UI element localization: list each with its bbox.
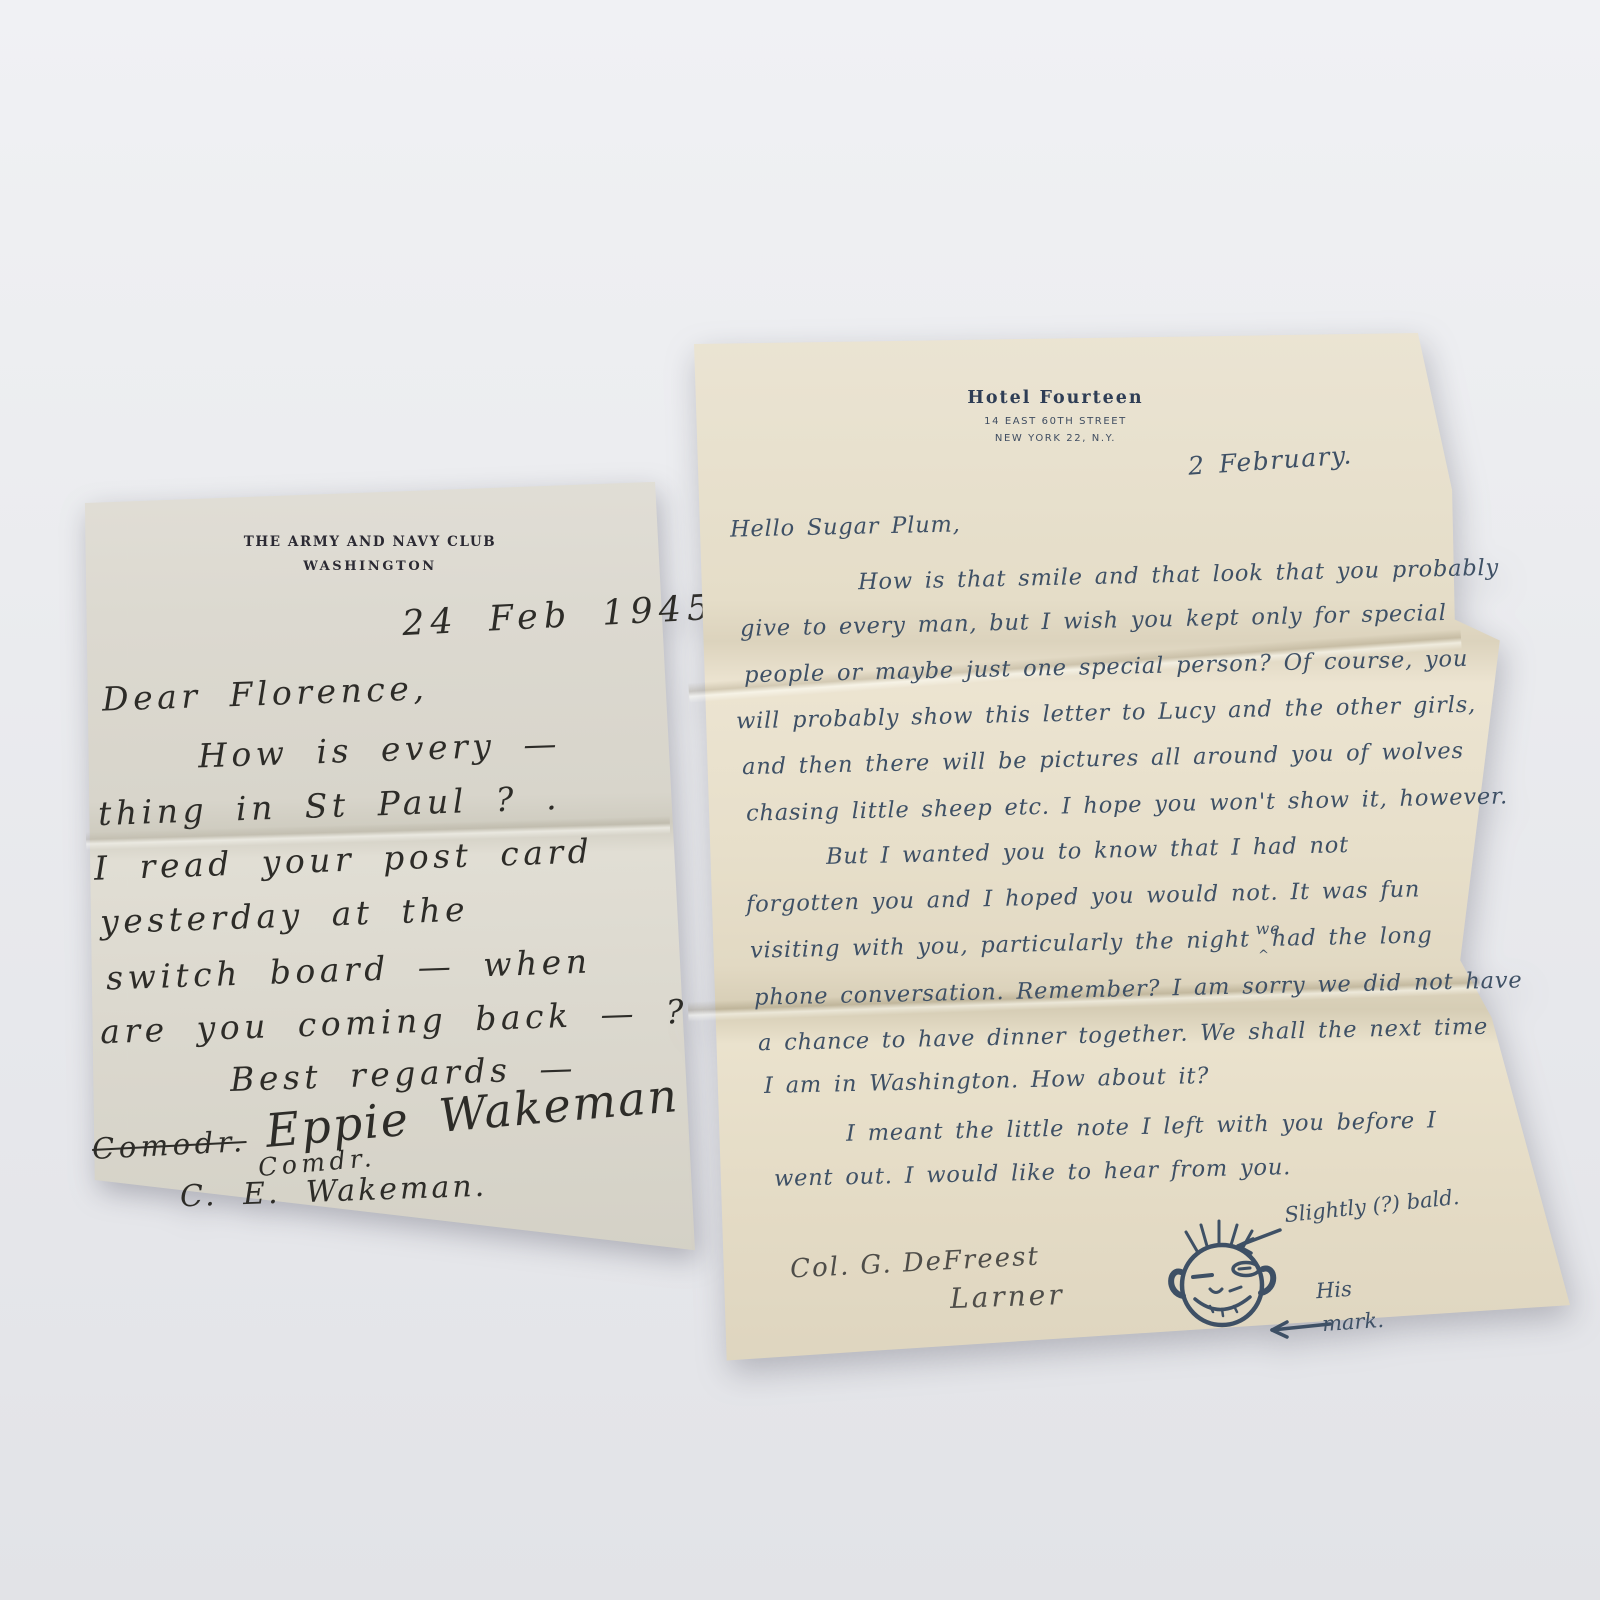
insert-line-post: had the long bbox=[1272, 922, 1433, 952]
doodle-nose bbox=[1210, 1289, 1222, 1293]
left-letterhead: THE ARMY AND NAVY CLUB WASHINGTON bbox=[80, 534, 660, 574]
right-letter-salutation: Hello Sugar Plum, bbox=[730, 511, 961, 542]
doodle-annotation-mark: mark. bbox=[1321, 1308, 1384, 1336]
doodle-smile bbox=[1195, 1297, 1250, 1310]
right-letterhead: Hotel Fourteen 14 EAST 60TH STREET NEW Y… bbox=[688, 388, 1423, 444]
letterhead-city: WASHINGTON bbox=[80, 559, 660, 574]
doodle-annotation-his: His bbox=[1315, 1277, 1352, 1303]
right-letter: Hotel Fourteen 14 EAST 60TH STREET NEW Y… bbox=[688, 328, 1588, 1373]
photo-background: THE ARMY AND NAVY CLUB WASHINGTON 24 Feb… bbox=[0, 0, 1600, 1600]
inserted-word-group: we^ bbox=[1256, 936, 1272, 946]
caret-mark: ^ bbox=[1258, 948, 1270, 963]
letterhead-club-name: THE ARMY AND NAVY CLUB bbox=[80, 534, 660, 550]
inserted-word: we bbox=[1255, 919, 1280, 939]
doodle-eye-dash bbox=[1239, 1268, 1250, 1269]
doodle-wink-eye bbox=[1193, 1275, 1212, 1277]
bald-arrow-icon bbox=[1238, 1230, 1280, 1253]
right-letter-signature-surname: Larner bbox=[949, 1278, 1065, 1315]
doodle-cheek-mark bbox=[1230, 1287, 1241, 1291]
letterhead-hotel-name: Hotel Fourteen bbox=[688, 388, 1423, 408]
letterhead-street-address: 14 EAST 60TH STREET bbox=[688, 416, 1423, 427]
left-letter: THE ARMY AND NAVY CLUB WASHINGTON 24 Feb… bbox=[80, 478, 695, 1258]
